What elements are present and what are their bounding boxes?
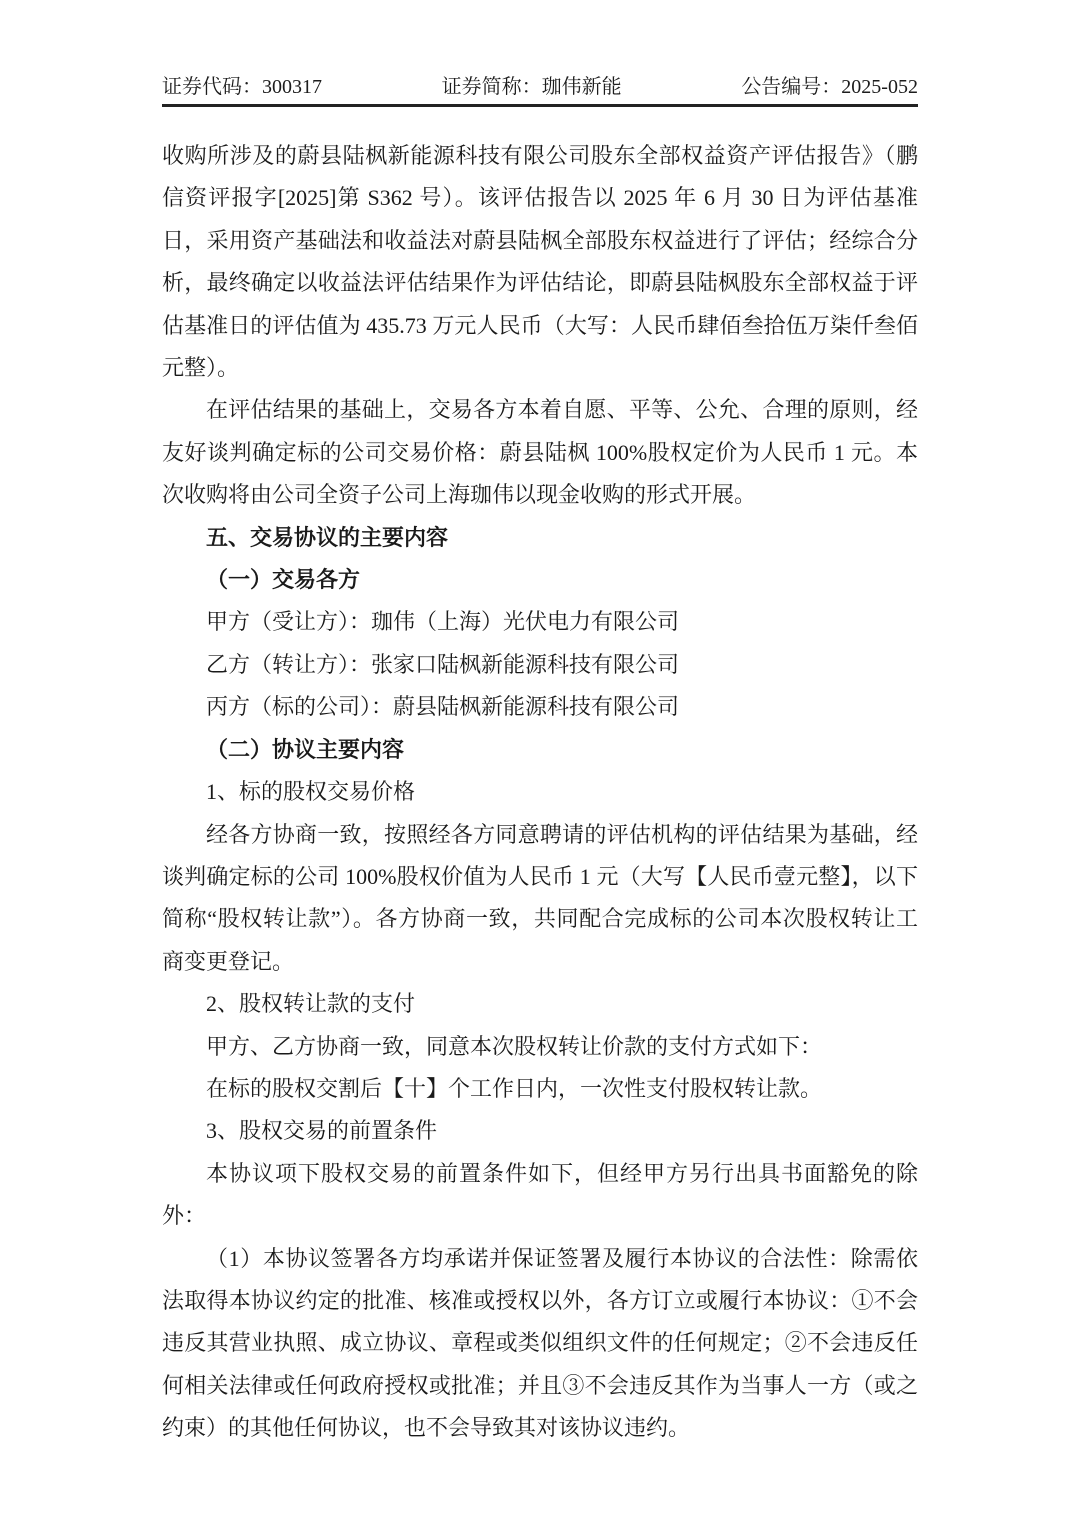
document-body: 收购所涉及的蔚县陆枫新能源科技有限公司股东全部权益资产评估报告》（鹏信资评报字[… [162, 135, 918, 1450]
paragraph-precondition-detail: （1）本协议签署各方均承诺并保证签署及履行本协议的合法性：除需依法取得本协议约定… [162, 1238, 918, 1450]
paragraph-precondition-intro: 本协议项下股权交易的前置条件如下，但经甲方另行出具书面豁免的除外： [162, 1153, 918, 1238]
page-header: 证券代码：300317 证券简称：珈伟新能 公告编号：2025-052 [162, 76, 918, 99]
paragraph-party-a: 甲方（受让方）：珈伟（上海）光伏电力有限公司 [162, 601, 918, 643]
heading-section-5-2: （二）协议主要内容 [162, 729, 918, 771]
stock-name: 证券简称：珈伟新能 [442, 76, 622, 99]
paragraph-payment-intro: 甲方、乙方协商一致，同意本次股权转让价款的支付方式如下： [162, 1026, 918, 1068]
announcement-number: 公告编号：2025-052 [741, 76, 918, 99]
paragraph-equity-price-detail: 经各方协商一致，按照经各方同意聘请的评估机构的评估结果为基础，经谈判确定标的公司… [162, 814, 918, 984]
paragraph-payment-terms: 在标的股权交割后【十】个工作日内，一次性支付股权转让款。 [162, 1068, 918, 1110]
stock-code: 证券代码：300317 [162, 76, 322, 99]
paragraph-party-b: 乙方（转让方）：张家口陆枫新能源科技有限公司 [162, 644, 918, 686]
paragraph-valuation-conclusion: 收购所涉及的蔚县陆枫新能源科技有限公司股东全部权益资产评估报告》（鹏信资评报字[… [162, 135, 918, 389]
paragraph-transaction-price: 在评估结果的基础上，交易各方本着自愿、平等、公允、合理的原则，经友好谈判确定标的… [162, 389, 918, 516]
paragraph-party-c: 丙方（标的公司）：蔚县陆枫新能源科技有限公司 [162, 686, 918, 728]
page-content: 证券代码：300317 证券简称：珈伟新能 公告编号：2025-052 收购所涉… [162, 0, 918, 1450]
subheading-item-3: 3、股权交易的前置条件 [162, 1110, 918, 1152]
subheading-item-1: 1、标的股权交易价格 [162, 771, 918, 813]
heading-section-5-1: （一）交易各方 [162, 559, 918, 601]
document-page: 证券代码：300317 证券简称：珈伟新能 公告编号：2025-052 收购所涉… [0, 0, 1080, 1527]
header-divider [162, 104, 918, 107]
subheading-item-2: 2、股权转让款的支付 [162, 983, 918, 1025]
heading-section-5: 五、交易协议的主要内容 [162, 517, 918, 559]
